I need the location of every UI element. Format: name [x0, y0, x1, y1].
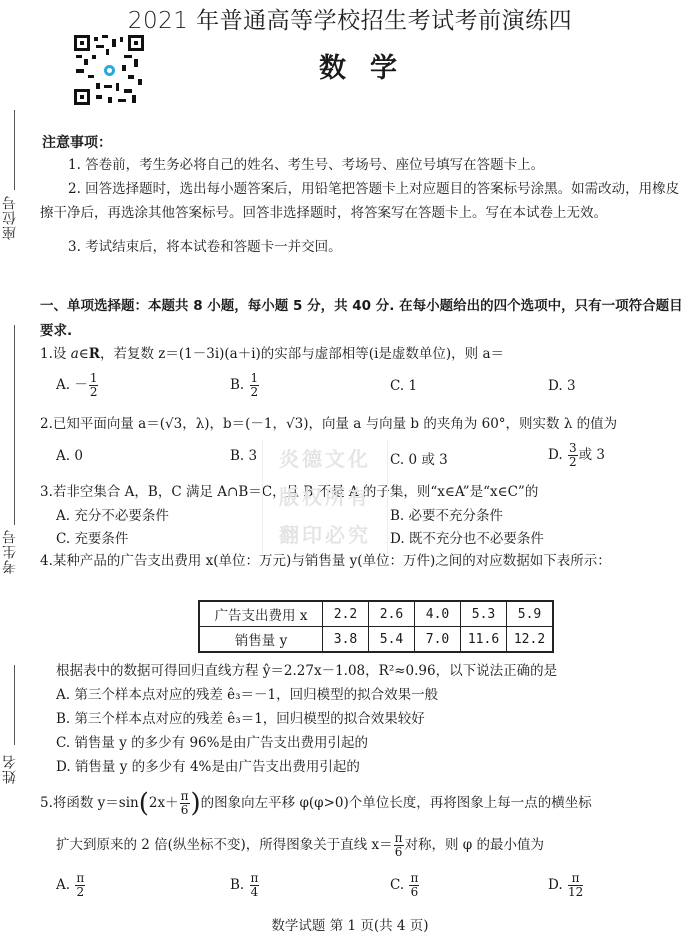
numerator: π: [250, 872, 260, 886]
option-d[interactable]: D. 销售量 y 的多少有 4%是由广告支出费用引起的: [56, 755, 686, 779]
option-d[interactable]: D. 既不充分也不必要条件: [390, 527, 544, 547]
denominator: 2: [75, 886, 85, 899]
question-4: 4.某种产品的广告支出费用 x(单位：万元)与销售量 y(单位：万件)之间的对应…: [40, 549, 688, 573]
option-label: D.: [56, 759, 71, 775]
option-b[interactable]: B. π4: [230, 872, 260, 899]
option-text: 销售量 y 的多少有 4%是由广告支出费用引起的: [75, 759, 360, 775]
option-a[interactable]: A. 充分不必要条件: [56, 504, 169, 524]
option-label: B.: [56, 711, 70, 727]
data-table: 广告支出费用 x 2.2 2.6 4.0 5.3 5.9 销售量 y 3.8 5…: [198, 600, 554, 653]
option-label: A.: [56, 687, 70, 703]
option-c[interactable]: C. π6: [390, 872, 420, 899]
option-c[interactable]: C. 1: [390, 378, 417, 394]
option-label: D.: [548, 447, 563, 463]
option-d[interactable]: D. 3: [548, 378, 576, 394]
fraction: π6: [394, 832, 404, 859]
table-row: 销售量 y 3.8 5.4 7.0 11.6 12.2: [199, 627, 553, 653]
watermark-line: 版权所有: [265, 478, 385, 516]
option-text: 充要条件: [74, 531, 128, 547]
section-heading: 一、单项选择题：本题共 8 小题，每小题 5 分，共 40 分. 在每小题给出的…: [40, 294, 688, 344]
option-label: D.: [390, 531, 405, 547]
question-stem-part: ，若复数 z＝(1－3i)(a＋i)的实部与虚部相等(i是虚数单位)，则 a＝: [100, 346, 504, 362]
table-cell: 2.2: [323, 601, 369, 627]
question-stem-part: 的图象向左平移 φ(φ>0)个单位长度，再将图象上每一点的横坐标: [201, 795, 592, 811]
table-cell: 5.4: [369, 627, 415, 653]
question-1: 1.设 a∈R，若复数 z＝(1－3i)(a＋i)的实部与虚部相等(i是虚数单位…: [40, 342, 688, 402]
option-c[interactable]: C. 充要条件: [56, 527, 128, 547]
table-cell: 11.6: [461, 627, 507, 653]
notice-heading: 注意事项：: [42, 132, 112, 152]
question-followup: 根据表中的数据可得回归直线方程 ŷ＝2.27x－1.08，R²≈0.96，以下说…: [56, 659, 686, 683]
option-text: 0: [74, 448, 83, 464]
option-label: C.: [56, 735, 70, 751]
question-number: 5.: [40, 795, 53, 811]
option-a[interactable]: A. 第三个样本点对应的残差 ê₃＝－1，回归模型的拟合效果一般: [56, 683, 686, 707]
option-b[interactable]: B. 第三个样本点对应的残差 ê₃＝1，回归模型的拟合效果较好: [56, 707, 686, 731]
option-label: A.: [56, 877, 70, 893]
option-d[interactable]: D. 32或 3: [548, 442, 605, 469]
option-text: 3: [249, 448, 258, 464]
option-text: 既不充分也不必要条件: [409, 531, 544, 547]
option-label: A.: [56, 508, 70, 524]
page-footer: 数学试题 第 1 页(共 4 页): [0, 914, 700, 934]
seat-number-line: [14, 110, 15, 190]
fraction: π4: [250, 872, 260, 899]
option-d[interactable]: D. π12: [548, 872, 584, 899]
option-label: B.: [390, 508, 404, 524]
question-stem-part: a∈: [71, 346, 89, 362]
left-paren: (: [139, 789, 149, 819]
row-header: 广告支出费用 x: [199, 601, 323, 627]
question-stem-part: R: [89, 346, 100, 362]
denominator: 2: [568, 456, 578, 469]
option-text: 第三个样本点对应的残差 ê₃＝－1，回归模型的拟合效果一般: [74, 687, 438, 703]
options-row: A. －12 B. 12 C. 1 D. 3: [40, 372, 688, 402]
question-stem: 已知平面向量 a＝(√3，λ)，b＝(－1，√3)，向量 a 与向量 b 的夹角…: [53, 416, 617, 432]
option-c[interactable]: C. 销售量 y 的多少有 96%是由广告支出费用引起的: [56, 731, 686, 755]
option-a[interactable]: A. 0: [56, 448, 83, 464]
subject-title: 数学: [0, 46, 700, 85]
fraction: π6: [180, 790, 190, 817]
option-text: 销售量 y 的多少有 96%是由广告支出费用引起的: [74, 735, 368, 751]
fraction: π6: [409, 872, 419, 899]
option-b[interactable]: B. 3: [230, 448, 257, 464]
option-text: 3: [567, 378, 576, 394]
denominator: 6: [394, 846, 404, 859]
table-cell: 5.3: [461, 601, 507, 627]
question-stem-part: 2x＋: [149, 795, 179, 811]
option-text: 第三个样本点对应的残差 ê₃＝1，回归模型的拟合效果较好: [75, 711, 425, 727]
table-cell: 3.8: [323, 627, 369, 653]
table-cell: 12.2: [507, 627, 554, 653]
option-label: D.: [548, 877, 563, 893]
denominator: 4: [250, 886, 260, 899]
seat-number-label: 座位号: [0, 190, 26, 240]
fraction: π2: [75, 872, 85, 899]
option-label: D.: [548, 378, 563, 394]
question-stem-part: 设: [53, 346, 71, 362]
option-b[interactable]: B. 必要不充分条件: [390, 504, 503, 524]
option-text: 1: [408, 378, 417, 394]
option-label: C.: [56, 531, 70, 547]
numerator: π: [409, 872, 419, 886]
numerator: 3: [568, 442, 578, 456]
name-label: 姓名: [0, 744, 26, 784]
exam-title: 2021 年普通高等学校招生考试考前演练四: [0, 2, 700, 35]
numerator: π: [394, 832, 404, 846]
notice-item: 1. 答卷前，考生务必将自己的姓名、考生号、考场号、座位号填写在答题卡上。: [40, 153, 688, 177]
fraction: 12: [89, 372, 99, 399]
table-cell: 2.6: [369, 601, 415, 627]
option-label: B.: [230, 448, 244, 464]
option-sign: －: [74, 377, 88, 393]
option-a[interactable]: A. π2: [56, 872, 86, 899]
question-stem-part: 对称，则 φ 的最小值为: [405, 837, 545, 853]
numerator: π: [568, 872, 583, 886]
denominator: 6: [180, 804, 190, 817]
numerator: 1: [89, 372, 99, 386]
question-4-followup: 根据表中的数据可得回归直线方程 ŷ＝2.27x－1.08，R²≈0.96，以下说…: [56, 659, 686, 779]
question-number: 4.: [40, 553, 53, 569]
numerator: 1: [250, 372, 260, 386]
watermark-line: 炎德文化: [265, 440, 385, 478]
watermark: 炎德文化 版权所有 翻印必究: [262, 440, 388, 554]
options-row: A. π2 B. π4 C. π6 D. π12: [40, 872, 688, 904]
name-line: [14, 665, 15, 745]
numerator: π: [75, 872, 85, 886]
row-header: 销售量 y: [199, 627, 323, 653]
option-label: C.: [390, 877, 404, 893]
fraction: 32: [568, 442, 578, 469]
student-number-line: [14, 325, 15, 525]
option-label: A.: [56, 377, 70, 393]
option-label: A.: [56, 448, 70, 464]
denominator: 12: [568, 886, 583, 899]
table-cell: 7.0: [415, 627, 461, 653]
option-c[interactable]: C. 0 或 3: [390, 448, 448, 468]
option-b[interactable]: B. 12: [230, 372, 260, 399]
question-5: 5.将函数 y＝sin(2x＋π6)的图象向左平移 φ(φ>0)个单位长度，再将…: [40, 788, 688, 904]
option-text: 充分不必要条件: [74, 508, 169, 524]
question-number: 2.: [40, 416, 53, 432]
numerator: π: [180, 790, 190, 804]
denominator: 2: [250, 386, 260, 399]
option-a[interactable]: A. －12: [56, 372, 99, 399]
notice-item: 3. 考试结束后，将本试卷和答题卡一并交回。: [40, 235, 688, 259]
question-stem: 某种产品的广告支出费用 x(单位：万元)与销售量 y(单位：万件)之间的对应数据…: [53, 553, 611, 569]
denominator: 2: [89, 386, 99, 399]
denominator: 6: [409, 886, 419, 899]
fraction: 12: [250, 372, 260, 399]
notice-list: 1. 答卷前，考生务必将自己的姓名、考生号、考场号、座位号填写在答题卡上。 2.…: [40, 153, 688, 259]
option-label: C.: [390, 378, 404, 394]
table-row: 广告支出费用 x 2.2 2.6 4.0 5.3 5.9: [199, 601, 553, 627]
option-text: 必要不充分条件: [409, 508, 504, 524]
question-number: 1.: [40, 346, 53, 362]
option-label: B.: [230, 877, 244, 893]
student-number-label: 考生号: [0, 522, 26, 574]
right-paren: ): [191, 789, 201, 819]
table-cell: 4.0: [415, 601, 461, 627]
question-stem-part: 扩大到原来的 2 倍(纵坐标不变)，所得图象关于直线 x＝: [56, 837, 393, 853]
option-label: C.: [390, 452, 404, 468]
option-text: 或 3: [579, 447, 605, 463]
notice-item: 2. 回答选择题时，选出每小题答案后，用铅笔把答题卡上对应题目的答案标号涂黑。如…: [40, 177, 688, 225]
fraction: π12: [568, 872, 583, 899]
option-label: B.: [230, 377, 244, 393]
option-text: 0 或 3: [408, 452, 447, 468]
table-cell: 5.9: [507, 601, 554, 627]
question-number: 3.: [40, 484, 53, 500]
question-stem-part: 将函数 y＝sin: [53, 795, 139, 811]
